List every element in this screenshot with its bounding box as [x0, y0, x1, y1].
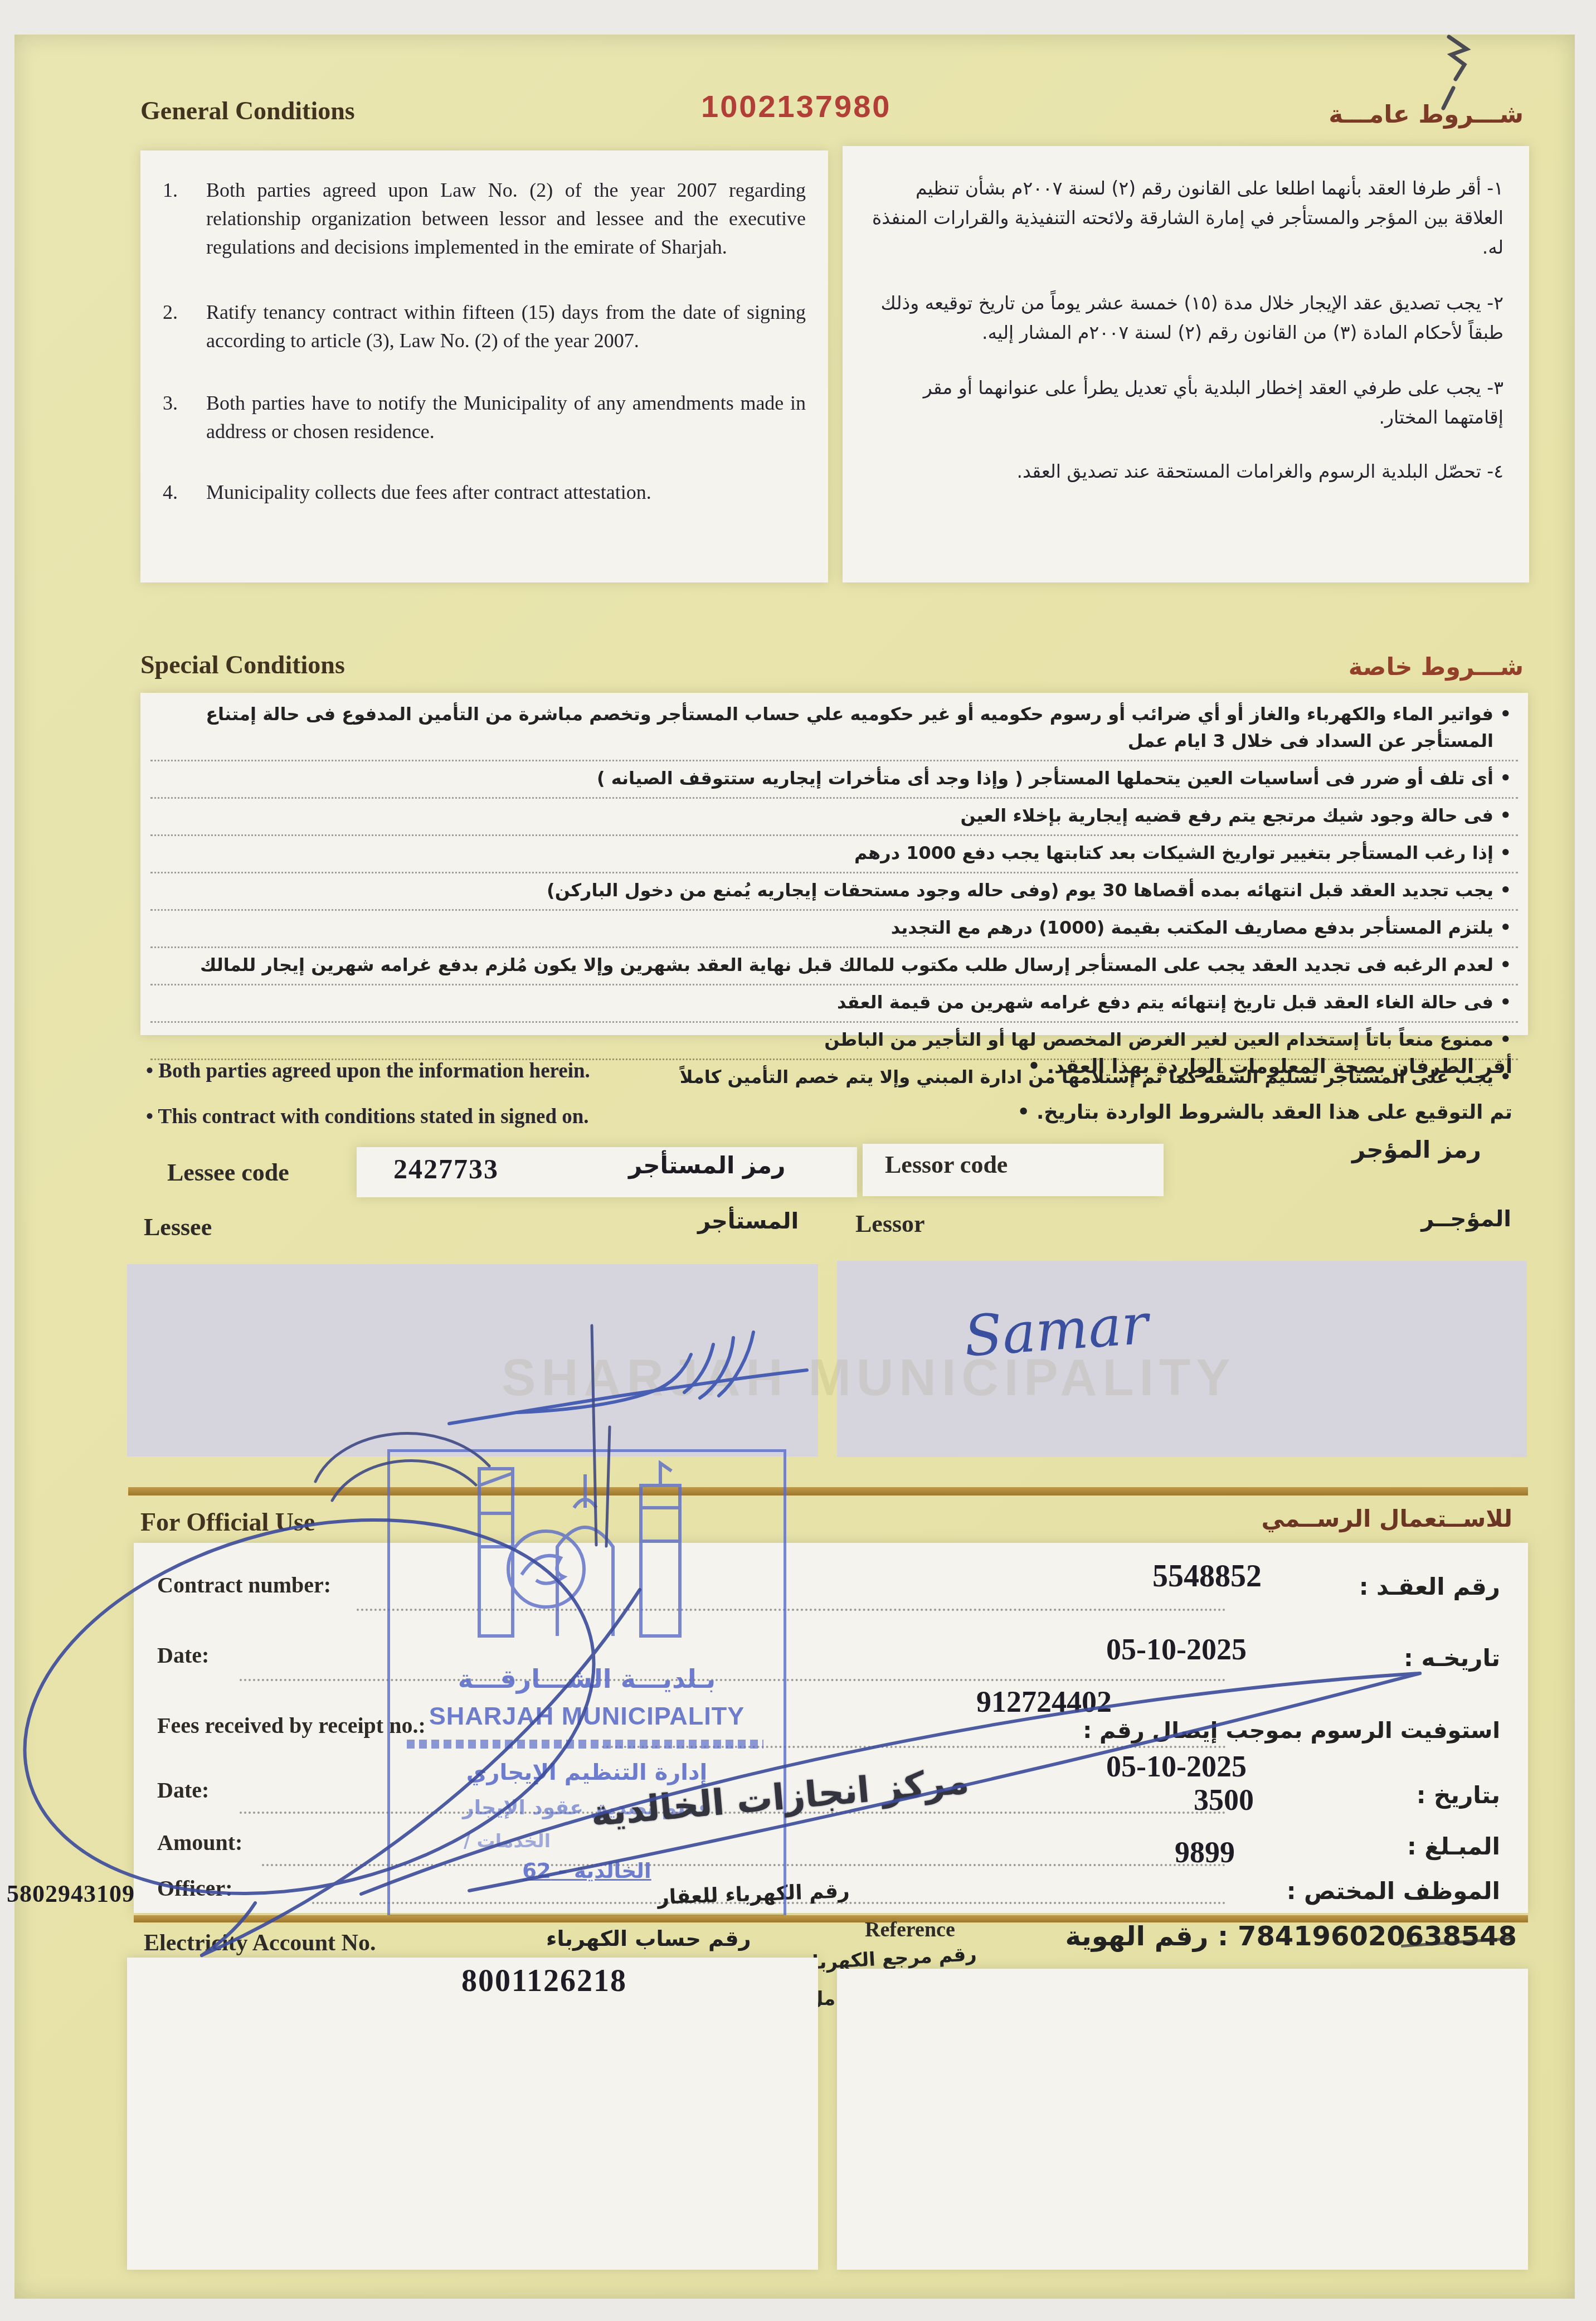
- contract-number-value: 5548852: [1152, 1558, 1262, 1594]
- electricity-account-label-ar: رقم حساب الكهرباء: [546, 1926, 751, 1951]
- value-9899: 9899: [1175, 1835, 1235, 1870]
- scanned-contract-page: General Conditions 1002137980 شـــروط عا…: [0, 0, 1596, 2321]
- stamp-emblem-icon: [390, 1452, 784, 1653]
- date1-label-en: Date:: [157, 1642, 209, 1668]
- general-condition-en-3: 3. Both parties have to notify the Munic…: [163, 389, 806, 446]
- amount-3500-value: 3500: [1194, 1783, 1254, 1817]
- amount-label-en: Amount:: [157, 1829, 242, 1856]
- special-conditions-title-en: Special Conditions: [140, 650, 345, 679]
- special-condition-6: يلتزم المستأجر بدفع مصاريف المكتب بقيمة …: [150, 911, 1518, 948]
- stamp-municipality-en: SHARJAH MUNICIPALITY: [390, 1702, 784, 1731]
- sharjah-municipality-stamp: بـلديـــة الشـــارقـــة SHARJAH MUNICIPA…: [387, 1449, 786, 1917]
- agreement-line-ar-1: أقر الطرفان بصحة المعلومات الواردة بهذا …: [1028, 1056, 1512, 1078]
- official-use-title-ar: للاســتعمال الرســمي: [1262, 1505, 1512, 1532]
- amount-label-ar: المبـلغ :: [1407, 1833, 1500, 1860]
- stamp-municipality-ar: بـلديـــة الشـــارقـــة: [390, 1664, 784, 1694]
- contract-number-label-en: Contract number:: [157, 1572, 331, 1598]
- general-condition-en-4: 4. Municipality collects due fees after …: [163, 478, 806, 507]
- stamp-striped-bar: [407, 1740, 763, 1749]
- reference-field: [837, 1969, 1528, 2270]
- condition-number: 2.: [163, 298, 206, 355]
- condition-text: Municipality collects due fees after con…: [206, 478, 806, 507]
- officer-label-ar: الموظف المختص :: [1287, 1877, 1500, 1905]
- electricity-account-label-en: Electricity Account No.: [144, 1930, 376, 1956]
- contract-number-label-ar: رقم العقـد :: [1359, 1573, 1500, 1600]
- special-conditions-title-ar: شـــروط خاصة: [1349, 653, 1524, 681]
- receipt-number-value: 912724402: [976, 1684, 1112, 1719]
- agreement-line-en-1: Both parties agreed upon the information…: [146, 1059, 590, 1083]
- agreement-line-en-2: This contract with conditions stated in …: [146, 1105, 589, 1129]
- condition-text: Both parties have to notify the Municipa…: [206, 389, 806, 446]
- lessee-label-ar: المستأجر: [698, 1208, 799, 1234]
- general-conditions-box-en: 1. Both parties agreed upon Law No. (2) …: [140, 150, 828, 582]
- reference-label-en: Reference: [865, 1917, 955, 1942]
- condition-text: Both parties agreed upon Law No. (2) of …: [206, 176, 806, 261]
- officer-label-en: Officer:: [157, 1875, 232, 1901]
- electricity-account-value: 8001126218: [461, 1963, 627, 1999]
- official-use-title-en: For Official Use: [140, 1507, 315, 1537]
- special-condition-2: أى تلف أو ضرر فى أساسيات العين يتحملها ا…: [150, 761, 1518, 799]
- stamp-branch-ar: الخالدية - 62: [390, 1859, 784, 1883]
- condition-number: 3.: [163, 389, 206, 446]
- lessor-code-label-ar: رمز المؤجر: [1352, 1136, 1481, 1163]
- special-conditions-box: فواتير الماء والكهرباء والغاز أو أي ضرائ…: [140, 693, 1528, 1035]
- date2-label-en: Date:: [157, 1777, 209, 1803]
- special-condition-9: ممنوع منعاً باتاً إستخدام العين لغير الغ…: [150, 1023, 1518, 1060]
- general-conditions-box-ar: ١- أقر طرفا العقد بأنهما اطلعا على القان…: [843, 146, 1529, 582]
- lessor-code-label-en: Lessor code: [885, 1150, 1008, 1179]
- special-condition-1: فواتير الماء والكهرباء والغاز أو أي ضرائ…: [150, 697, 1518, 761]
- lessee-code-value: 2427733: [393, 1153, 499, 1185]
- lessee-code-label-ar: رمز المستأجر: [629, 1152, 785, 1179]
- special-condition-5: يجب تجديد العقد قبل انتهائه بمده أقصاها …: [150, 873, 1518, 911]
- date2-label-ar: بتاريخ :: [1417, 1781, 1500, 1809]
- agreement-line-ar-2: تم التوقيع على هذا العقد بالشروط الواردة…: [1018, 1101, 1512, 1124]
- general-conditions-title-en: General Conditions: [140, 96, 355, 125]
- lessee-label-en: Lessee: [144, 1213, 212, 1241]
- general-condition-ar-2: ٢- يجب تصديق عقد الإيجار خلال مدة (١٥) خ…: [868, 289, 1503, 348]
- divider-gold-rule-top: [128, 1487, 1528, 1495]
- lessor-signature-handwriting: Samar: [962, 1291, 1150, 1370]
- special-condition-8: فى حالة الغاء العقد قبل تاريخ إنتهائه يت…: [150, 985, 1518, 1023]
- condition-number: 4.: [163, 478, 206, 507]
- receipt-label-ar: استوفيت الرسوم بموجب إيصال رقم :: [1083, 1718, 1500, 1744]
- lessor-label-ar: المؤجــر: [1421, 1206, 1511, 1232]
- electricity-account-field: [127, 1958, 818, 2270]
- lessee-code-label-en: Lessee code: [167, 1158, 289, 1187]
- general-condition-en-1: 1. Both parties agreed upon Law No. (2) …: [163, 176, 806, 261]
- receipt-date-value: 05-10-2025: [1106, 1749, 1247, 1784]
- general-condition-ar-3: ٣- يجب على طرفي العقد إخطار البلدية بأي …: [868, 373, 1503, 433]
- general-conditions-title-ar: شـــروط عامـــة: [1329, 100, 1524, 129]
- special-condition-3: فى حالة وجود شيك مرتجع يتم رفع قضيه إيجا…: [150, 799, 1518, 836]
- general-condition-en-2: 2. Ratify tenancy contract within fiftee…: [163, 298, 806, 355]
- general-condition-ar-1: ١- أقر طرفا العقد بأنهما اطلعا على القان…: [868, 174, 1503, 262]
- lessor-label-en: Lessor: [855, 1210, 925, 1238]
- general-condition-ar-4: ٤- تحصّل البلدية الرسوم والغرامات المستح…: [868, 457, 1503, 487]
- condition-number: 1.: [163, 176, 206, 261]
- receipt-label-en: Fees received by receipt no.:: [157, 1712, 426, 1739]
- special-condition-7: لعدم الرغبه فى تجديد العقد يجب على المست…: [150, 948, 1518, 985]
- special-condition-4: إذا رغب المستأجر بتغيير تواريخ الشيكات ب…: [150, 836, 1518, 873]
- date1-value: 05-10-2025: [1106, 1632, 1247, 1667]
- condition-text: Ratify tenancy contract within fifteen (…: [206, 298, 806, 355]
- margin-reference-number: 5802943109: [7, 1880, 135, 1908]
- emirates-id-line: 784196020638548 : رقم الهوية: [1065, 1921, 1517, 1952]
- date1-label-ar: تاريخـه :: [1404, 1644, 1500, 1672]
- contract-serial-number: 1002137980: [701, 88, 891, 124]
